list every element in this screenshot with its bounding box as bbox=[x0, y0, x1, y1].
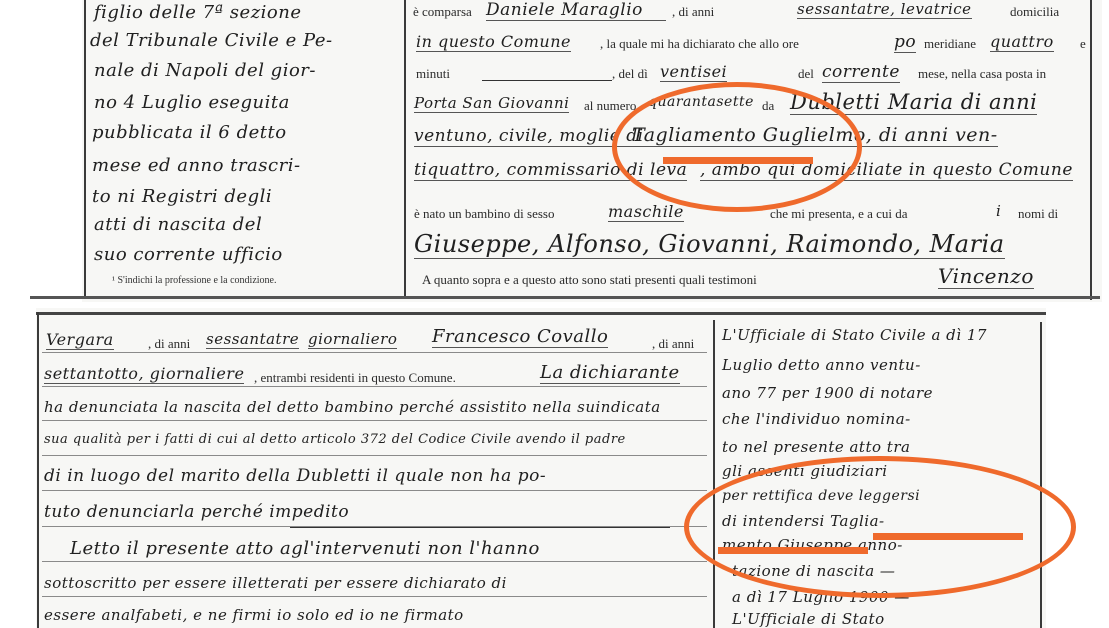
bottom-top-border bbox=[36, 312, 1046, 315]
handwritten-field: maschile bbox=[608, 202, 684, 222]
printed-text: è nato un bambino di sesso bbox=[414, 206, 554, 222]
handwritten-field: ventisei bbox=[660, 62, 727, 82]
printed-text: A quanto sopra e a questo atto sono stat… bbox=[422, 272, 757, 288]
handwritten-field: ventuno, civile, moglie di bbox=[414, 126, 644, 147]
printed-text: mese, nella casa posta in bbox=[918, 66, 1046, 82]
handwritten-field: Vincenzo bbox=[938, 264, 1034, 289]
ruled-line bbox=[42, 386, 707, 387]
top-margin-line: no 4 Luglio eseguita bbox=[94, 92, 290, 113]
handwritten-field: settantotto, giornaliere bbox=[44, 364, 244, 384]
printed-text: domicilia bbox=[1010, 4, 1059, 20]
handwritten-field: po bbox=[894, 32, 916, 53]
footnote: ¹ S'indichi la professione e la condizio… bbox=[112, 275, 276, 286]
handwritten-field: Porta San Giovanni bbox=[414, 94, 569, 113]
handwritten-field: giornaliero bbox=[308, 330, 397, 349]
bottom-margin-line: Luglio detto anno ventu- bbox=[722, 356, 921, 374]
bottom-margin-line: L'Ufficiale di Stato Civile a dì 17 bbox=[722, 326, 987, 344]
bottom-right-border bbox=[1040, 322, 1042, 628]
ruled-line bbox=[42, 420, 707, 421]
handwritten-field: La dichiarante bbox=[540, 362, 680, 384]
handwritten-field: in questo Comune bbox=[416, 32, 571, 52]
handwritten-field: corrente bbox=[822, 62, 900, 83]
printed-text: , entrambi residenti in questo Comune. bbox=[254, 370, 456, 386]
top-highlight-oval bbox=[612, 82, 862, 212]
top-margin-line: figlio delle 7ª sezione bbox=[94, 2, 302, 23]
ruled-line bbox=[42, 490, 707, 491]
handwritten-line: essere analfabeti, e ne firmi io solo ed… bbox=[44, 606, 464, 624]
bottom-margin-line: che l'individuo nomina- bbox=[722, 410, 911, 428]
closing-rule bbox=[290, 527, 670, 528]
printed-text: al numero bbox=[584, 98, 636, 114]
top-highlight-underline bbox=[663, 157, 813, 164]
top-margin-line: del Tribunale Civile e Pe- bbox=[90, 30, 333, 51]
handwritten-line: tuto denunciarla perché impedito bbox=[44, 502, 349, 522]
printed-text: del bbox=[798, 66, 814, 82]
bottom-margin-line: to nel presente atto tra bbox=[722, 438, 910, 456]
top-margin-line: suo corrente ufficio bbox=[94, 244, 283, 265]
ruled-line bbox=[42, 561, 707, 562]
handwritten-field: quattro bbox=[990, 32, 1054, 52]
bottom-highlight-underline-2 bbox=[873, 533, 1023, 540]
top-margin-line: nale di Napoli del gior- bbox=[94, 60, 316, 81]
bottom-highlight-oval bbox=[684, 456, 1076, 598]
printed-text: , la quale mi ha dichiarato che allo ore bbox=[600, 36, 799, 52]
printed-text: che mi presenta, e a cui da bbox=[770, 206, 908, 222]
printed-text: , di anni bbox=[148, 336, 190, 352]
handwritten-line: Letto il presente atto agl'intervenuti n… bbox=[70, 538, 540, 559]
handwritten-line: sottoscritto per essere illetterati per … bbox=[44, 574, 507, 592]
printed-text: , del dì bbox=[612, 66, 648, 82]
blank-minutes-line bbox=[482, 80, 612, 81]
top-left-border bbox=[84, 0, 86, 296]
top-right-border bbox=[1090, 0, 1092, 300]
handwritten-field: Giuseppe, Alfonso, Giovanni, Raimondo, M… bbox=[414, 230, 1005, 259]
top-margin-line: atti di nascita del bbox=[94, 214, 262, 235]
top-margin-line: to ni Registri degli bbox=[92, 186, 272, 207]
printed-text: è comparsa bbox=[413, 4, 472, 20]
bottom-highlight-underline-1 bbox=[718, 547, 868, 554]
handwritten-field: Francesco Covallo bbox=[432, 326, 608, 348]
handwritten-field: i bbox=[996, 202, 1001, 220]
bottom-column-divider bbox=[713, 320, 715, 628]
bottom-left-border bbox=[37, 312, 39, 628]
printed-text: , di anni bbox=[652, 336, 694, 352]
ruled-line bbox=[42, 352, 707, 353]
handwritten-line: sua qualità per i fatti di cui al detto … bbox=[44, 432, 626, 447]
printed-text: meridiane bbox=[924, 36, 976, 52]
top-column-divider bbox=[404, 0, 406, 296]
handwritten-field: Daniele Maraglio bbox=[486, 0, 666, 21]
handwritten-line: di in luogo del marito della Dubletti il… bbox=[44, 466, 546, 486]
handwritten-field: sessantatre, levatrice bbox=[797, 0, 972, 19]
top-margin-line: mese ed anno trascri- bbox=[92, 155, 301, 176]
handwritten-field: Vergara bbox=[46, 330, 114, 350]
handwritten-line: ha denunciata la nascita del detto bambi… bbox=[44, 398, 661, 416]
printed-text: nomi di bbox=[1018, 206, 1058, 222]
printed-text: , di anni bbox=[672, 4, 714, 20]
bottom-margin-line: ano 77 per 1900 di notare bbox=[722, 384, 933, 402]
printed-text: e bbox=[1080, 36, 1086, 52]
ruled-line bbox=[42, 596, 707, 597]
ruled-line bbox=[42, 455, 707, 456]
printed-text: minuti bbox=[416, 66, 450, 82]
bottom-margin-line: L'Ufficiale di Stato bbox=[732, 610, 885, 628]
handwritten-field: sessantatre bbox=[206, 330, 299, 349]
top-margin-line: pubblicata il 6 detto bbox=[92, 122, 287, 143]
top-bottom-border bbox=[30, 296, 1100, 299]
